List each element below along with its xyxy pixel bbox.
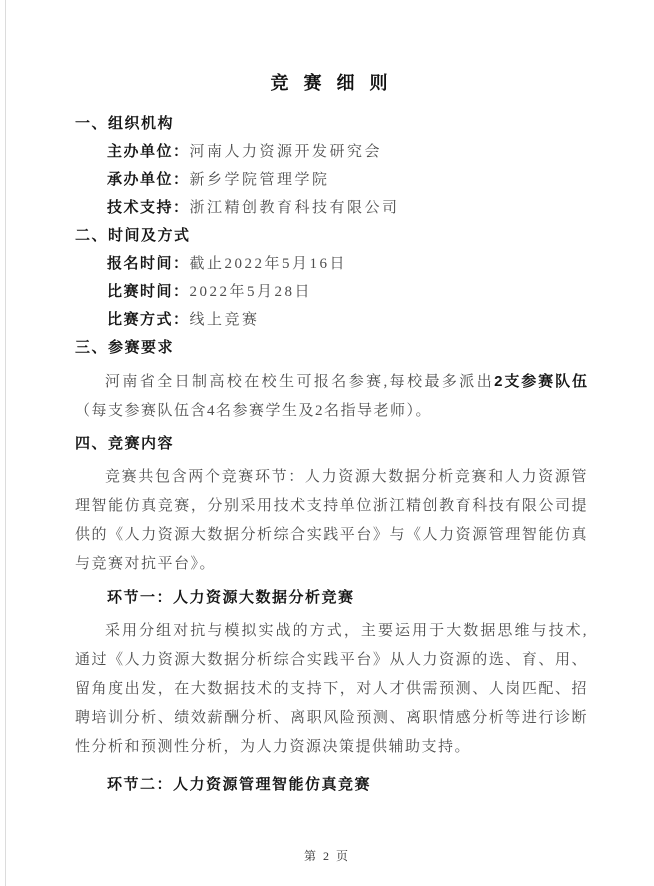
field-label-competition-mode: 比赛方式： [107,311,190,328]
field-value-tech-support: 浙江精创教育科技有限公司 [190,200,400,216]
field-label-registration-deadline: 报名时间： [107,255,190,272]
field-row-competition-mode: 比赛方式：线上竞赛 [75,306,588,334]
section-heading-organization: 一、组织机构 [75,110,588,138]
field-row-tech-support: 技术支持：浙江精创教育科技有限公司 [75,194,588,222]
field-value-host: 河南人力资源开发研究会 [190,144,383,160]
section-heading-requirements: 三、参赛要求 [75,334,588,362]
field-value-organizer: 新乡学院管理学院 [190,172,330,188]
field-row-registration-deadline: 报名时间：截止2022年5月16日 [75,250,588,278]
field-row-organizer: 承办单位：新乡学院管理学院 [75,166,588,194]
field-row-host: 主办单位：河南人力资源开发研究会 [75,138,588,166]
field-value-competition-date: 2022年5月28日 [190,284,313,300]
requirements-paragraph: 河南省全日制高校在校生可报名参赛,每校最多派出2支参赛队伍（每支参赛队伍含4名参… [75,367,588,426]
field-value-registration-deadline: 截止2022年5月16日 [190,256,348,272]
subsection-heading-part1: 环节一：人力资源大数据分析竞赛 [75,583,588,612]
section-content: 四、竞赛内容 竞赛共包含两个竞赛环节：人力资源大数据分析竞赛和人力资源管理智能仿… [75,430,588,799]
field-value-competition-mode: 线上竞赛 [190,312,260,328]
field-label-tech-support: 技术支持： [107,199,190,216]
content-intro-paragraph: 竞赛共包含两个竞赛环节：人力资源大数据分析竞赛和人力资源管理智能仿真竞赛，分别采… [75,463,588,579]
document-title: 竞 赛 细 则 [75,70,588,96]
section-heading-content: 四、竞赛内容 [75,430,588,458]
section-requirements: 三、参赛要求 河南省全日制高校在校生可报名参赛,每校最多派出2支参赛队伍（每支参… [75,334,588,426]
field-row-competition-date: 比赛时间：2022年5月28日 [75,278,588,306]
section-time-method: 二、时间及方式 报名时间：截止2022年5月16日 比赛时间：2022年5月28… [75,222,588,334]
section-heading-time-method: 二、时间及方式 [75,222,588,250]
part1-paragraph: 采用分组对抗与模拟实战的方式，主要运用于大数据思维与技术,通过《人力资源大数据分… [75,617,588,762]
requirements-text-pre: 河南省全日制高校在校生可报名参赛,每校最多派出 [105,374,494,390]
page-edge-line [5,0,6,886]
subsection-heading-part2: 环节二：人力资源管理智能仿真竞赛 [75,770,588,799]
section-organization: 一、组织机构 主办单位：河南人力资源开发研究会 承办单位：新乡学院管理学院 技术… [75,110,588,222]
field-label-organizer: 承办单位： [107,171,190,188]
field-label-competition-date: 比赛时间： [107,283,190,300]
field-label-host: 主办单位： [107,143,190,160]
requirements-text-bold: 2支参赛队伍 [494,373,588,390]
page-number: 第 2 页 [0,847,654,864]
document-content: 竞 赛 细 则 一、组织机构 主办单位：河南人力资源开发研究会 承办单位：新乡学… [75,70,588,799]
document-page: 竞 赛 细 则 一、组织机构 主办单位：河南人力资源开发研究会 承办单位：新乡学… [0,0,654,886]
requirements-text-post: （每支参赛队伍含4名参赛学生及2名指导老师）。 [75,403,432,419]
